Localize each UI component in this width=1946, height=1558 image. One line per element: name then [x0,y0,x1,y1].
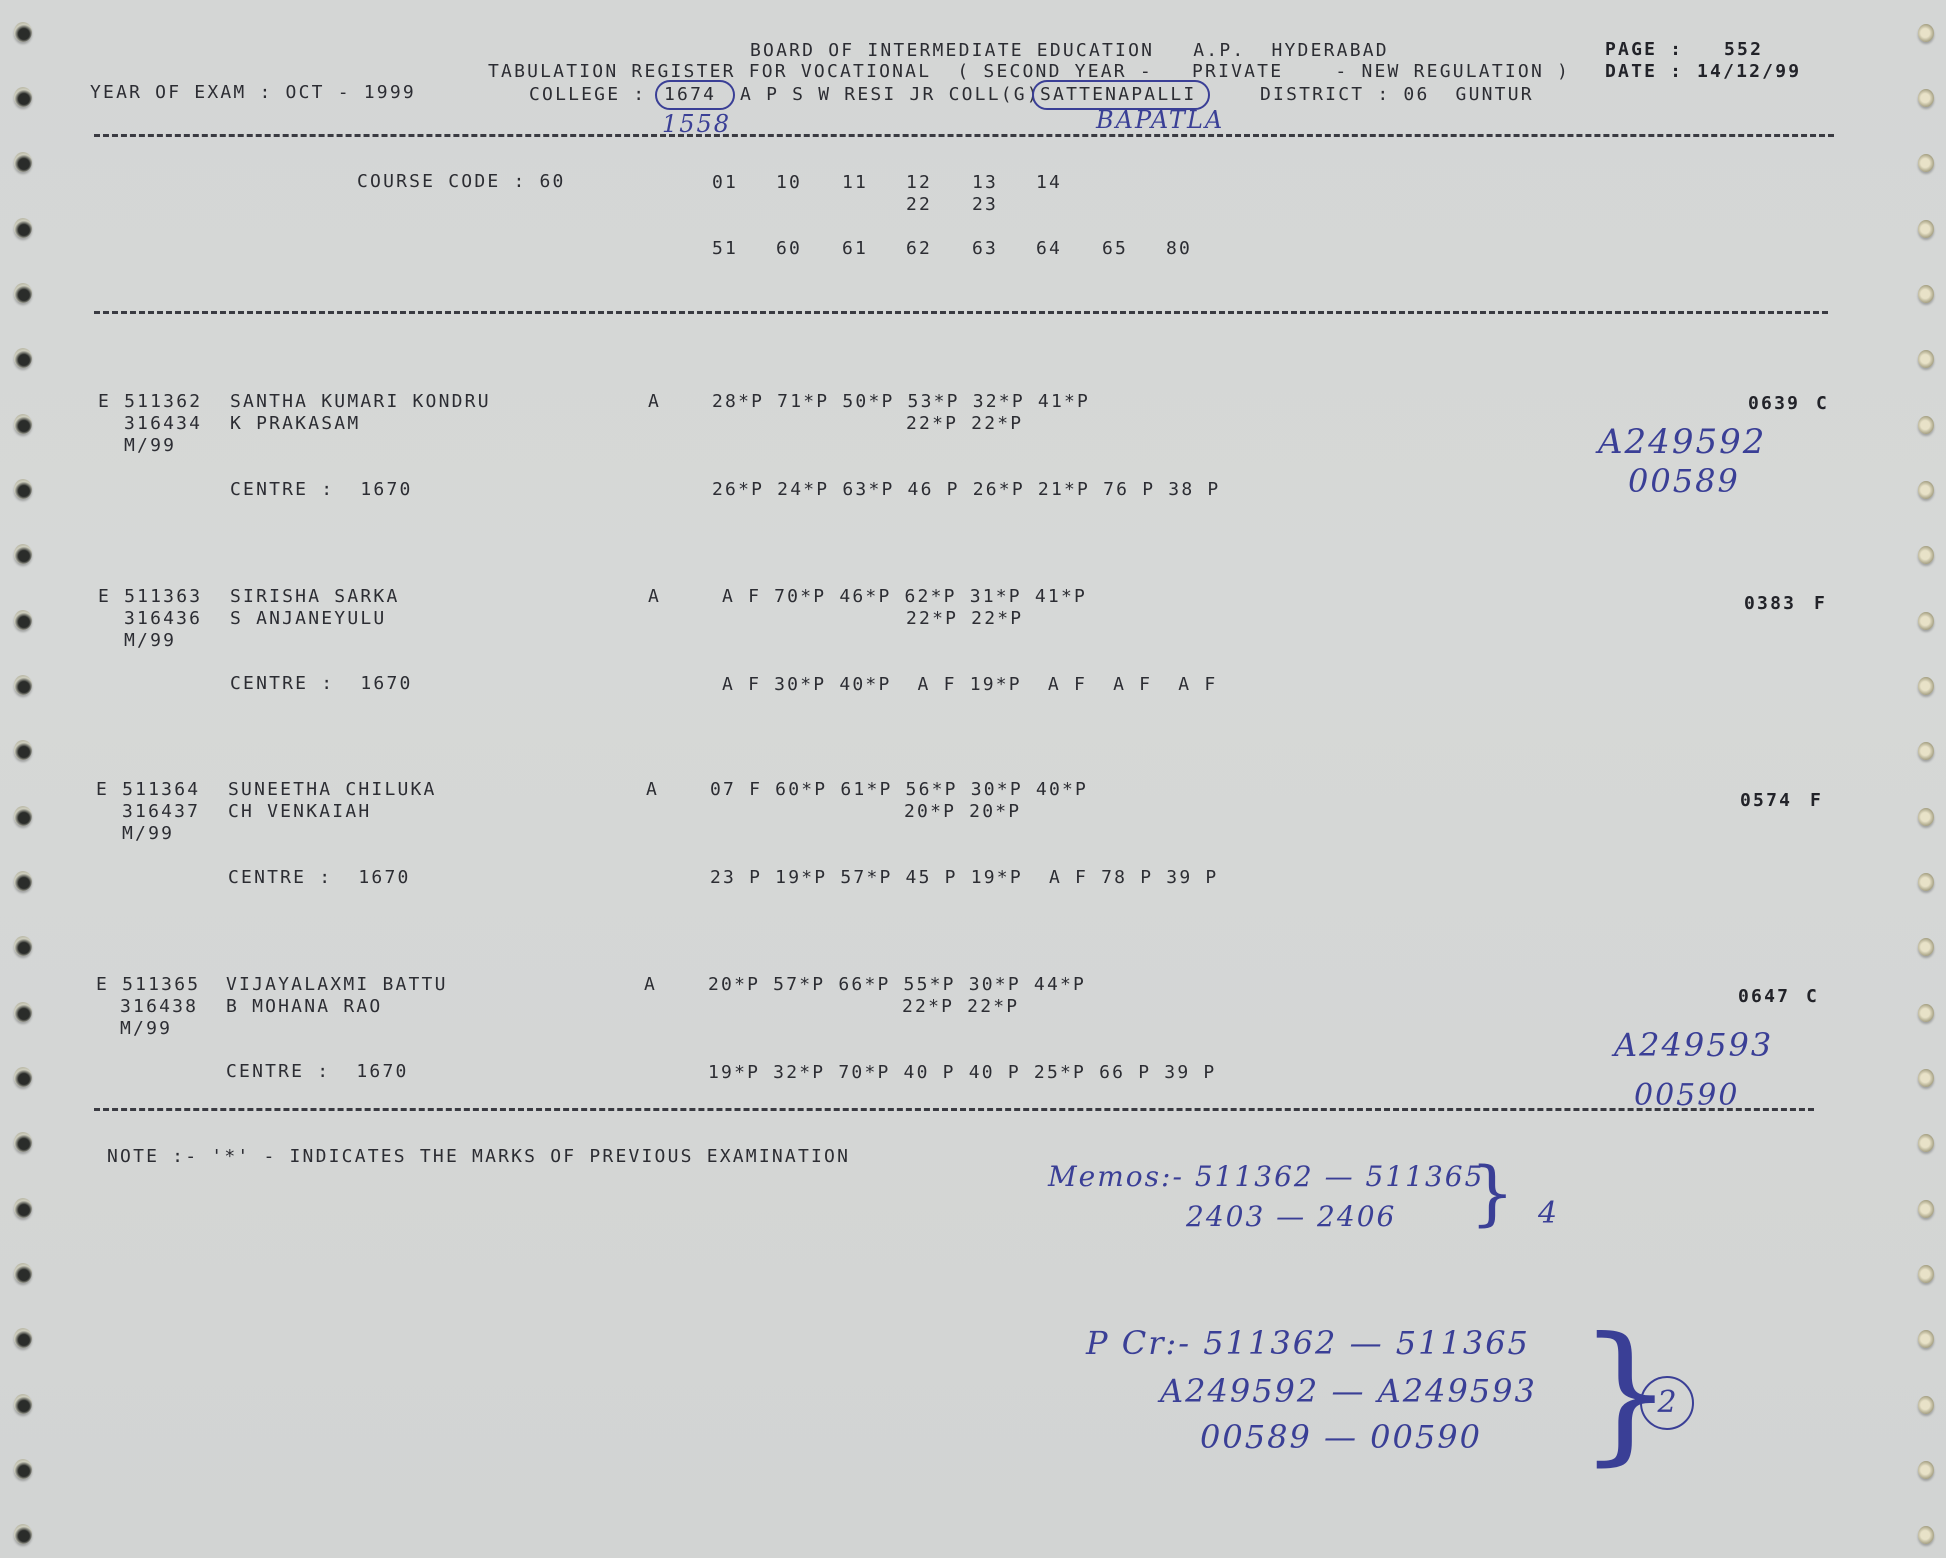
pc-line-2: A249592 — A249593 [1160,1372,1537,1410]
marks-row1b: 22*P 22*P [906,414,1023,434]
feed-hole-icon [14,936,32,956]
medium: A [646,780,659,800]
total-marks: 0383 [1744,594,1796,614]
feed-hole-icon [1918,1134,1934,1152]
feed-hole-icon [1918,1200,1934,1218]
father-name: S ANJANEYULU [230,609,386,629]
feed-hole-icon [14,152,32,172]
feed-hole-icon [1918,350,1934,368]
medium: A [648,392,661,412]
board-title: BOARD OF INTERMEDIATE EDUCATION A.P. HYD… [750,41,1389,61]
date-label: DATE : [1605,62,1683,82]
medium: A [648,587,661,607]
marks-row2: 26*P 24*P 63*P 46 P 26*P 21*P 76 P 38 P [712,480,1220,500]
pc-line-1: P Cr:- 511362 — 511365 [1086,1324,1530,1362]
feed-hole-icon [1918,742,1934,760]
college-label: COLLEGE : [529,85,646,105]
divider [94,311,1828,314]
page-number: 552 [1724,40,1763,60]
subject-code: 10 [776,173,802,193]
pc-line-3: 00589 — 00590 [1200,1418,1482,1456]
subject-code: 23 [972,195,998,215]
subject-code: 12 [906,173,932,193]
handwritten-certificate-no: A249593 [1614,1026,1773,1064]
marks-row1b: 22*P 22*P [906,609,1023,629]
total-marks: 0574 [1740,791,1792,811]
ref-number: 316434 [124,414,202,434]
subject-code: 14 [1036,173,1062,193]
handwritten-place: BAPATLA [1096,106,1224,134]
marks-row1b: 20*P 20*P [904,802,1021,822]
feed-hole-icon [14,871,32,891]
ref-number: 316436 [124,609,202,629]
centre: CENTRE : 1670 [230,480,413,500]
subject-code: 63 [972,239,998,259]
subject-code: 60 [776,239,802,259]
feed-hole-icon [14,1524,32,1544]
feed-hole-icon [14,544,32,564]
marks-row1: 28*P 71*P 50*P 53*P 32*P 41*P [712,392,1090,412]
exam-month: M/99 [120,1019,172,1039]
feed-hole-icon [14,675,32,695]
subject-code: 80 [1166,239,1192,259]
tabulation-register-sheet: BOARD OF INTERMEDIATE EDUCATION A.P. HYD… [0,0,1946,1558]
feed-hole-icon [1918,808,1934,826]
medium: A [644,975,657,995]
centre: CENTRE : 1670 [230,674,413,694]
centre: CENTRE : 1670 [226,1062,409,1082]
subject-code: 01 [712,173,738,193]
print-date: 14/12/99 [1697,62,1801,82]
marks-row2: A F 30*P 40*P A F 19*P A F A F A F [722,675,1217,695]
memos-line-2: 2403 — 2406 [1186,1200,1396,1233]
exam-month: M/99 [122,824,174,844]
total-marks: 0639 [1748,394,1800,414]
marks-row1: A F 70*P 46*P 62*P 31*P 41*P [722,587,1087,607]
marks-row1b: 22*P 22*P [902,997,1019,1017]
feed-hole-icon [14,479,32,499]
exam-month: M/99 [124,631,176,651]
father-name: B MOHANA RAO [226,997,382,1017]
marks-row1: 20*P 57*P 66*P 55*P 30*P 44*P [708,975,1086,995]
feed-hole-icon [14,22,32,42]
brace-icon: } [1470,1158,1515,1228]
feed-hole-icon [1918,220,1934,238]
feed-hole-icon [14,806,32,826]
feed-hole-icon [14,1394,32,1414]
pc-count: 2 [1640,1376,1694,1430]
feed-hole-icon [14,1328,32,1348]
marks-row1: 07 F 60*P 61*P 56*P 30*P 40*P [710,780,1088,800]
student-name: SANTHA KUMARI KONDRU [230,392,491,412]
result-code: F [1814,594,1827,614]
ref-number: 316437 [122,802,200,822]
feed-hole-icon [14,348,32,368]
college-code-circle [655,80,735,110]
feed-hole-icon [1918,481,1934,499]
feed-hole-icon [14,283,32,303]
marks-row2: 23 P 19*P 57*P 45 P 19*P A F 78 P 39 P [710,868,1218,888]
subject-code: 61 [842,239,868,259]
feed-hole-icon [1918,89,1934,107]
feed-hole-icon [1918,154,1934,172]
divider [94,1108,1814,1111]
feed-hole-icon [1918,1461,1934,1479]
memos-line-1: Memos:- 511362 — 511365 [1048,1160,1484,1193]
feed-hole-icon [1918,1396,1934,1414]
course-code-label: COURSE CODE : 60 [357,172,566,192]
feed-hole-icon [14,610,32,630]
student-name: SUNEETHA CHILUKA [228,780,437,800]
register-title: TABULATION REGISTER FOR VOCATIONAL ( SEC… [488,62,1570,82]
subject-code: 13 [972,173,998,193]
feed-hole-icon [1918,1265,1934,1283]
feed-hole-icon [14,740,32,760]
subject-code: 62 [906,239,932,259]
feed-hole-icon [14,218,32,238]
subject-code: 51 [712,239,738,259]
subject-code: 65 [1102,239,1128,259]
feed-hole-icon [14,1263,32,1283]
result-code: C [1816,394,1829,414]
reg-number: E 511362 [98,392,202,412]
feed-hole-icon [14,87,32,107]
father-name: K PRAKASAM [230,414,360,434]
feed-hole-icon [1918,416,1934,434]
year-of-exam: YEAR OF EXAM : OCT - 1999 [90,83,416,103]
page-label: PAGE : [1605,40,1683,60]
feed-hole-icon [1918,612,1934,630]
feed-hole-icon [1918,677,1934,695]
feed-hole-icon [1918,24,1934,42]
marks-row2: 19*P 32*P 70*P 40 P 40 P 25*P 66 P 39 P [708,1063,1216,1083]
feed-hole-icon [1918,938,1934,956]
feed-hole-icon [1918,1069,1934,1087]
reg-number: E 511364 [96,780,200,800]
feed-hole-icon [1918,1004,1934,1022]
feed-hole-icon [14,1067,32,1087]
divider [94,134,1834,137]
student-name: SIRISHA SARKA [230,587,399,607]
reg-number: E 511365 [96,975,200,995]
college-name: A P S W RESI JR COLL(G) [740,85,1040,105]
district: DISTRICT : 06 GUNTUR [1260,85,1534,105]
exam-month: M/99 [124,436,176,456]
reg-number: E 511363 [98,587,202,607]
feed-hole-icon [14,1002,32,1022]
feed-hole-icon [1918,873,1934,891]
feed-hole-icon [14,1459,32,1479]
subject-code: 22 [906,195,932,215]
memos-count: 4 [1538,1196,1559,1231]
feed-hole-icon [14,414,32,434]
feed-hole-icon [1918,285,1934,303]
result-code: F [1810,791,1823,811]
father-name: CH VENKAIAH [228,802,371,822]
ref-number: 316438 [120,997,198,1017]
result-code: C [1806,987,1819,1007]
feed-hole-icon [14,1132,32,1152]
total-marks: 0647 [1738,987,1790,1007]
feed-hole-icon [1918,1526,1934,1544]
subject-code: 64 [1036,239,1062,259]
handwritten-certificate-no: A249592 [1598,422,1766,462]
footnote: NOTE :- '*' - INDICATES THE MARKS OF PRE… [107,1147,850,1167]
handwritten-serial-no: 00589 [1628,462,1740,500]
student-name: VIJAYALAXMI BATTU [226,975,448,995]
feed-hole-icon [1918,546,1934,564]
feed-hole-icon [1918,1330,1934,1348]
subject-code: 11 [842,173,868,193]
centre: CENTRE : 1670 [228,868,411,888]
feed-hole-icon [14,1198,32,1218]
